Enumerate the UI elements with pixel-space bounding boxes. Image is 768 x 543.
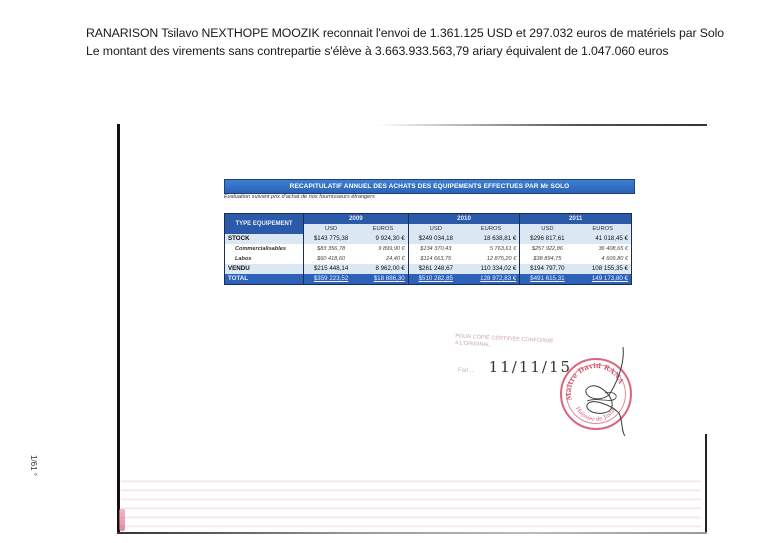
cell-2010-euros: 110 334,02 € [463, 264, 520, 274]
cell-2009-usd: $60 418,60 [304, 254, 359, 264]
cell-2011-euros: 4 609,80 € [574, 254, 631, 264]
scan-edge-left [117, 124, 120, 534]
cell-2011-euros: 108 155,35 € [574, 264, 631, 274]
caption-line-2: Le montant des virements sans contrepart… [86, 42, 726, 60]
row-label: STOCK [225, 234, 304, 244]
row-label: TOTAL [225, 274, 304, 285]
cell-2011-usd: $38 894,75 [520, 254, 575, 264]
usd-header: USD [408, 224, 463, 234]
cell-2011-usd: $491 615,31 [520, 274, 575, 285]
scan-artifact-smudge [119, 509, 125, 531]
cell-2011-usd: $257 922,86 [520, 244, 575, 254]
row-label: Commercialisables [225, 244, 304, 254]
cell-2010-euros: 5 763,61 € [463, 244, 520, 254]
cell-2010-euros: 18 638,81 € [463, 234, 520, 244]
cell-2011-euros: 149 173,80 € [574, 274, 631, 285]
cell-2010-euros: 128 972,83 € [463, 274, 520, 285]
euros-header: EUROS [463, 224, 520, 234]
handwritten-date: 11/11/15 [489, 358, 572, 376]
type-equipement-header: TYPE EQUIPEMENT [225, 214, 304, 235]
cell-2009-euros: $18 886,30 [358, 274, 408, 285]
cell-2011-usd: $296 817,61 [520, 234, 575, 244]
side-page-number: 1/61 ° [29, 455, 38, 476]
euros-header: EUROS [358, 224, 408, 234]
cell-2009-usd: $83 356,78 [304, 244, 359, 254]
cell-2010-usd: $114 663,75 [408, 254, 463, 264]
scan-edge-top [377, 124, 707, 126]
cell-2009-euros: 24,40 € [358, 254, 408, 264]
year-header-2009: 2009 [304, 214, 409, 225]
cell-2009-usd: $359 223,52 [304, 274, 359, 285]
cell-2009-euros: 9 899,90 € [358, 244, 408, 254]
table-row-vendu: VENDU $215 448,14 8 962,00 € $261 248,67… [225, 264, 632, 274]
usd-header: USD [520, 224, 575, 234]
cell-2010-usd: $249 034,18 [408, 234, 463, 244]
cell-2009-euros: 9 924,30 € [358, 234, 408, 244]
usd-header: USD [304, 224, 359, 234]
caption-line-1: RANARISON Tsilavo NEXTHOPE MOOZIK reconn… [86, 24, 726, 42]
table-row-labos: Labos $60 418,60 24,40 € $114 663,75 12 … [225, 254, 632, 264]
scan-edge-bottom [117, 532, 707, 534]
year-header-2010: 2010 [408, 214, 520, 225]
cell-2011-usd: $194 797,70 [520, 264, 575, 274]
cell-2010-usd: $510 282,85 [408, 274, 463, 285]
euros-header: EUROS [574, 224, 631, 234]
cell-2010-usd: $261 248,67 [408, 264, 463, 274]
table-row-total: TOTAL $359 223,52 $18 886,30 $510 282,85… [225, 274, 632, 285]
table-row-commercialisables: Commercialisables $83 356,78 9 899,90 € … [225, 244, 632, 254]
evaluation-note: Evaluation suivant prix d'achat de nos f… [224, 194, 375, 200]
cell-2010-usd: $134 370,43 [408, 244, 463, 254]
row-label: VENDU [225, 264, 304, 274]
signature-icon [565, 343, 645, 438]
cell-2009-euros: 8 962,00 € [358, 264, 408, 274]
recap-table: TYPE EQUIPEMENT 2009 2010 2011 USD EUROS… [224, 213, 632, 285]
cell-2009-usd: $143 775,38 [304, 234, 359, 244]
table-row-stock: STOCK $143 775,38 9 924,30 € $249 034,18… [225, 234, 632, 244]
certification-date-prefix: Fait ... [458, 368, 475, 374]
cell-2010-euros: 12 875,20 € [463, 254, 520, 264]
table-banner-title: RECAPITULATIF ANNUEL DES ACHATS DES EQUI… [224, 179, 635, 194]
certification-dots: .......... [535, 370, 559, 376]
cell-2011-euros: 36 408,65 € [574, 244, 631, 254]
scan-edge-right [705, 434, 707, 534]
caption: RANARISON Tsilavo NEXTHOPE MOOZIK reconn… [86, 24, 726, 60]
scan-artifact-lines [121, 474, 701, 532]
cell-2009-usd: $215 448,14 [304, 264, 359, 274]
year-header-2011: 2011 [520, 214, 632, 225]
row-label: Labos [225, 254, 304, 264]
cell-2011-euros: 41 018,45 € [574, 234, 631, 244]
